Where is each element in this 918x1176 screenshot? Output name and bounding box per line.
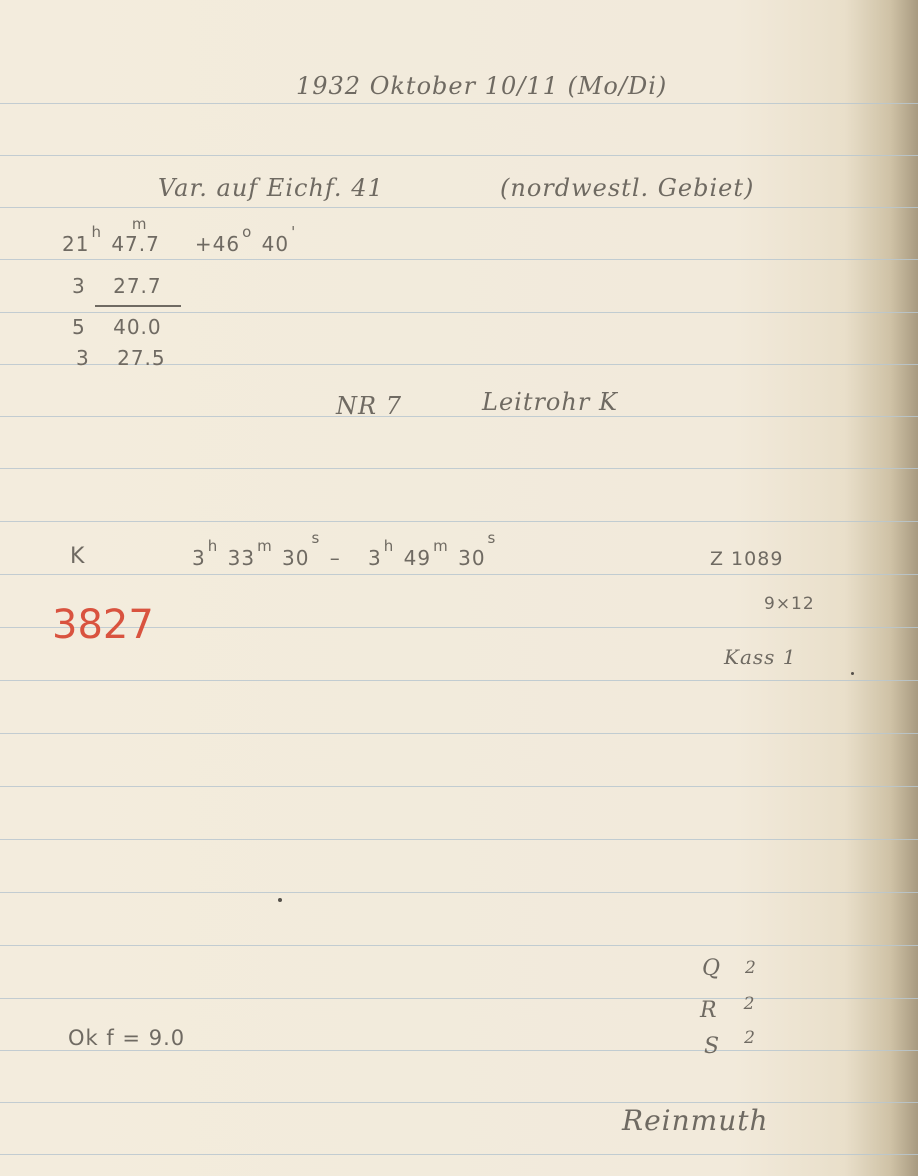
rule-line <box>0 416 918 417</box>
variable-title: Var. auf Eichf. 41 <box>158 174 384 202</box>
end-minutes: 49 <box>404 546 431 570</box>
hour-unit: h <box>384 537 395 555</box>
rating-value: 2 <box>745 958 757 978</box>
rule-line <box>0 786 918 787</box>
rule-line <box>0 733 918 734</box>
calc-b: 40.0 <box>113 315 162 339</box>
signature: Reinmuth <box>622 1104 769 1137</box>
calc-a: 3 <box>72 274 86 298</box>
variable-subtitle: (nordwestl. Gebiet) <box>500 174 754 202</box>
calc-row: 5 40.0 <box>72 315 162 339</box>
plate-format: 9×12 <box>764 594 815 614</box>
rule-line <box>0 1154 918 1155</box>
rating-value: 2 <box>744 994 756 1014</box>
coordinates-line: 21h 47.7m +46o 40' <box>62 232 298 256</box>
time-dash: – <box>330 546 341 570</box>
plate-id-red: 3827 <box>52 602 154 648</box>
second-unit: s <box>312 529 321 547</box>
plate-number: NR 7 <box>336 392 402 420</box>
exposure-time: 3h 33m 30s – 3h 49m 30s <box>192 546 498 570</box>
notebook-page: 1932 Oktober 10/11 (Mo/Di) Var. auf Eich… <box>0 0 918 1176</box>
calc-b: 27.5 <box>117 346 166 370</box>
end-hours: 3 <box>368 546 382 570</box>
declination-degrees: +46 <box>195 232 240 256</box>
calc-b: 27.7 <box>113 274 162 298</box>
sum-underline <box>95 305 181 307</box>
minute-unit: m <box>257 537 273 555</box>
rating-row: S 2 <box>704 1034 758 1059</box>
rule-line <box>0 998 918 999</box>
rule-line <box>0 1050 918 1051</box>
rating-symbol: S <box>704 1034 720 1059</box>
rule-line <box>0 521 918 522</box>
ocular-focus: Ok f = 9.0 <box>68 1026 185 1050</box>
calc-row: 3 27.5 <box>76 346 166 370</box>
ink-dot <box>851 672 854 675</box>
date-heading: 1932 Oktober 10/11 (Mo/Di) <box>296 72 667 100</box>
start-seconds: 30 <box>282 546 309 570</box>
start-hours: 3 <box>192 546 206 570</box>
ra-minutes: 47.7 <box>111 232 160 256</box>
calc-row: 3 27.7 <box>72 274 162 298</box>
rule-line <box>0 574 918 575</box>
rule-line <box>0 1102 918 1103</box>
rule-line <box>0 312 918 313</box>
minute-unit: m <box>433 537 449 555</box>
rule-line <box>0 892 918 893</box>
row-label: K <box>70 544 85 569</box>
ra-hour-unit: h <box>91 223 102 241</box>
degree-unit: o <box>242 223 252 241</box>
ra-hours: 21 <box>62 232 89 256</box>
ink-dot <box>278 898 282 902</box>
declination-arcmin: 40 <box>262 232 289 256</box>
rule-line <box>0 680 918 681</box>
rating-row: R 2 <box>700 998 757 1023</box>
rating-symbol: Q <box>702 956 721 981</box>
emulsion: Z 1089 <box>710 548 783 570</box>
ra-minute-unit: m <box>132 215 148 233</box>
start-minutes: 33 <box>228 546 255 570</box>
rating-row: Q 2 <box>702 956 759 981</box>
end-seconds: 30 <box>458 546 485 570</box>
rule-line <box>0 945 918 946</box>
rule-line <box>0 207 918 208</box>
rule-line <box>0 839 918 840</box>
hour-unit: h <box>208 537 219 555</box>
calc-a: 5 <box>72 315 86 339</box>
rule-line <box>0 103 918 104</box>
arcmin-unit: ' <box>291 223 296 241</box>
rating-symbol: R <box>700 998 718 1023</box>
second-unit: s <box>488 529 497 547</box>
rule-line <box>0 468 918 469</box>
camera-name: Leitrohr K <box>482 388 618 416</box>
calc-a: 3 <box>76 346 90 370</box>
rule-line <box>0 259 918 260</box>
rating-value: 2 <box>744 1028 756 1048</box>
rule-line <box>0 155 918 156</box>
cassette: Kass 1 <box>724 645 796 669</box>
